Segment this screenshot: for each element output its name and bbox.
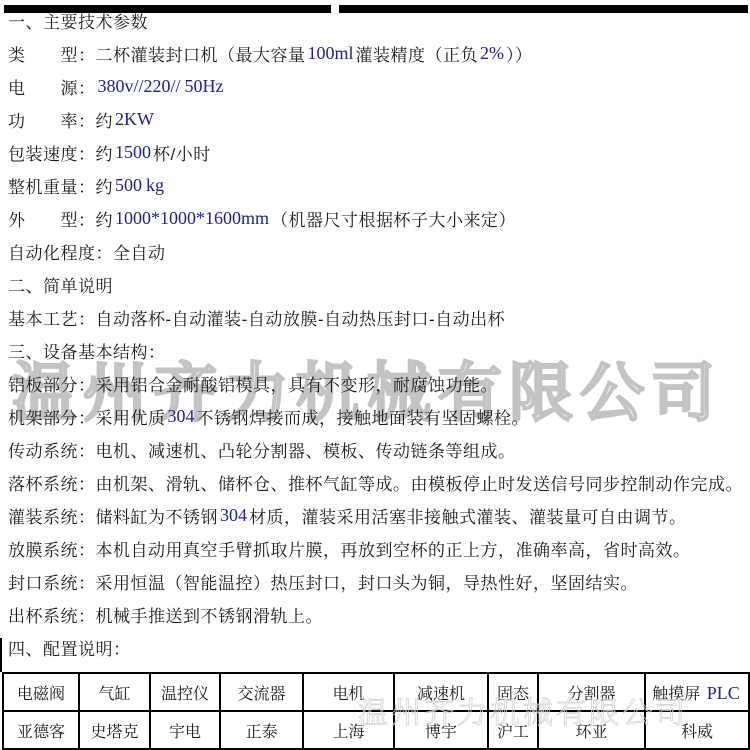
brand-hugong: 沪工 [488,711,538,749]
brand-airtac: 亚德客 [3,711,79,749]
struct-filling-system: 灌装系统：储料缸为不锈钢 304 材质，灌装采用活塞非接触式灌装、灌装量可自由调… [8,499,746,532]
left-edge-artifact-line [0,638,2,672]
header-air-cylinder: 气缸 [79,673,150,711]
struct-cup-out-system: 出杯系统：机械手推送到不锈钢滑轨上。 [8,598,746,631]
brand-boyu: 博宇 [394,711,488,749]
struct-cup-drop-system: 落杯系统：由机架、滑轨、储杯仓、推杯气缸等成。由模板停止时发送信号同步控制动作完… [8,466,746,499]
spec-type: 类 型：二杯灌装封口机（最大容量 100ml 灌装精度（正负 2%）） [8,37,746,70]
brand-yudian: 宇电 [150,711,220,749]
spec-machine-weight: 整机重量：约 500 kg [8,169,746,202]
section4-heading: 四、配置说明： [8,631,746,664]
table-brand-row: 亚德客 史塔克 宇电 正泰 上海 博宇 沪工 环亚 科威 [3,711,749,749]
header-reducer: 减速机 [394,673,488,711]
brand-shitake: 史塔克 [79,711,150,749]
basic-process: 基本工艺：自动落杯-自动灌装-自动放膜-自动热压封口-自动出杯 [8,301,746,334]
spec-power-rating: 功 率：约 2KW [8,103,746,136]
spec-automation-level: 自动化程度：全自动 [8,235,746,268]
spec-power-supply: 电 源：380v//220// 50Hz [8,70,746,103]
header-motor: 电机 [303,673,394,711]
struct-sealing-system: 封口系统：采用恒温（智能温控）热压封口，封口头为铜，导热性好，坚固结实。 [8,565,746,598]
section1-heading: 一、主要技术参数 [8,4,746,37]
header-solid-state: 固态 [488,673,538,711]
configuration-table: 电磁阀 气缸 温控仪 交流器 电机 减速机 固态 分割器 触摸屏 PLC 亚德客… [2,672,750,750]
product-spec-page: { "colors": { "body_text": "#1c1c1c", "l… [0,0,750,750]
table-header-row: 电磁阀 气缸 温控仪 交流器 电机 减速机 固态 分割器 触摸屏 PLC [3,673,749,711]
section2-heading: 二、简单说明 [8,268,746,301]
brand-chint: 正泰 [220,711,303,749]
spec-document: 一、主要技术参数 类 型：二杯灌装封口机（最大容量 100ml 灌装精度（正负 … [8,4,746,664]
header-temp-controller: 温控仪 [150,673,220,711]
brand-shanghai: 上海 [303,711,394,749]
brand-kewei: 科威 [645,711,749,749]
header-touchscreen-plc: 触摸屏 PLC [645,673,749,711]
spec-packing-speed: 包装速度：约 1500 杯/小时 [8,136,746,169]
header-solenoid-valve: 电磁阀 [3,673,79,711]
brand-huanya: 环亚 [538,711,645,749]
struct-aluminum-part: 铝板部分：采用铝合金耐酸铝模具，具有不变形，耐腐蚀功能。 [8,367,746,400]
struct-frame-part: 机架部分：采用优质 304 不锈钢焊接而成，接触地面装有坚固螺栓。 [8,400,746,433]
struct-film-system: 放膜系统：本机自动用真空手臂抓取片膜，再放到空杯的正上方，准确率高，省时高效。 [8,532,746,565]
spec-dimensions: 外 型：约 1000*1000*1600mm（机器尺寸根据杯子大小来定） [8,202,746,235]
section3-heading: 三、设备基本结构： [8,334,746,367]
struct-drive-system: 传动系统：电机、减速机、凸轮分割器、模板、传动链条等组成。 [8,433,746,466]
header-ac-device: 交流器 [220,673,303,711]
header-divider: 分割器 [538,673,645,711]
